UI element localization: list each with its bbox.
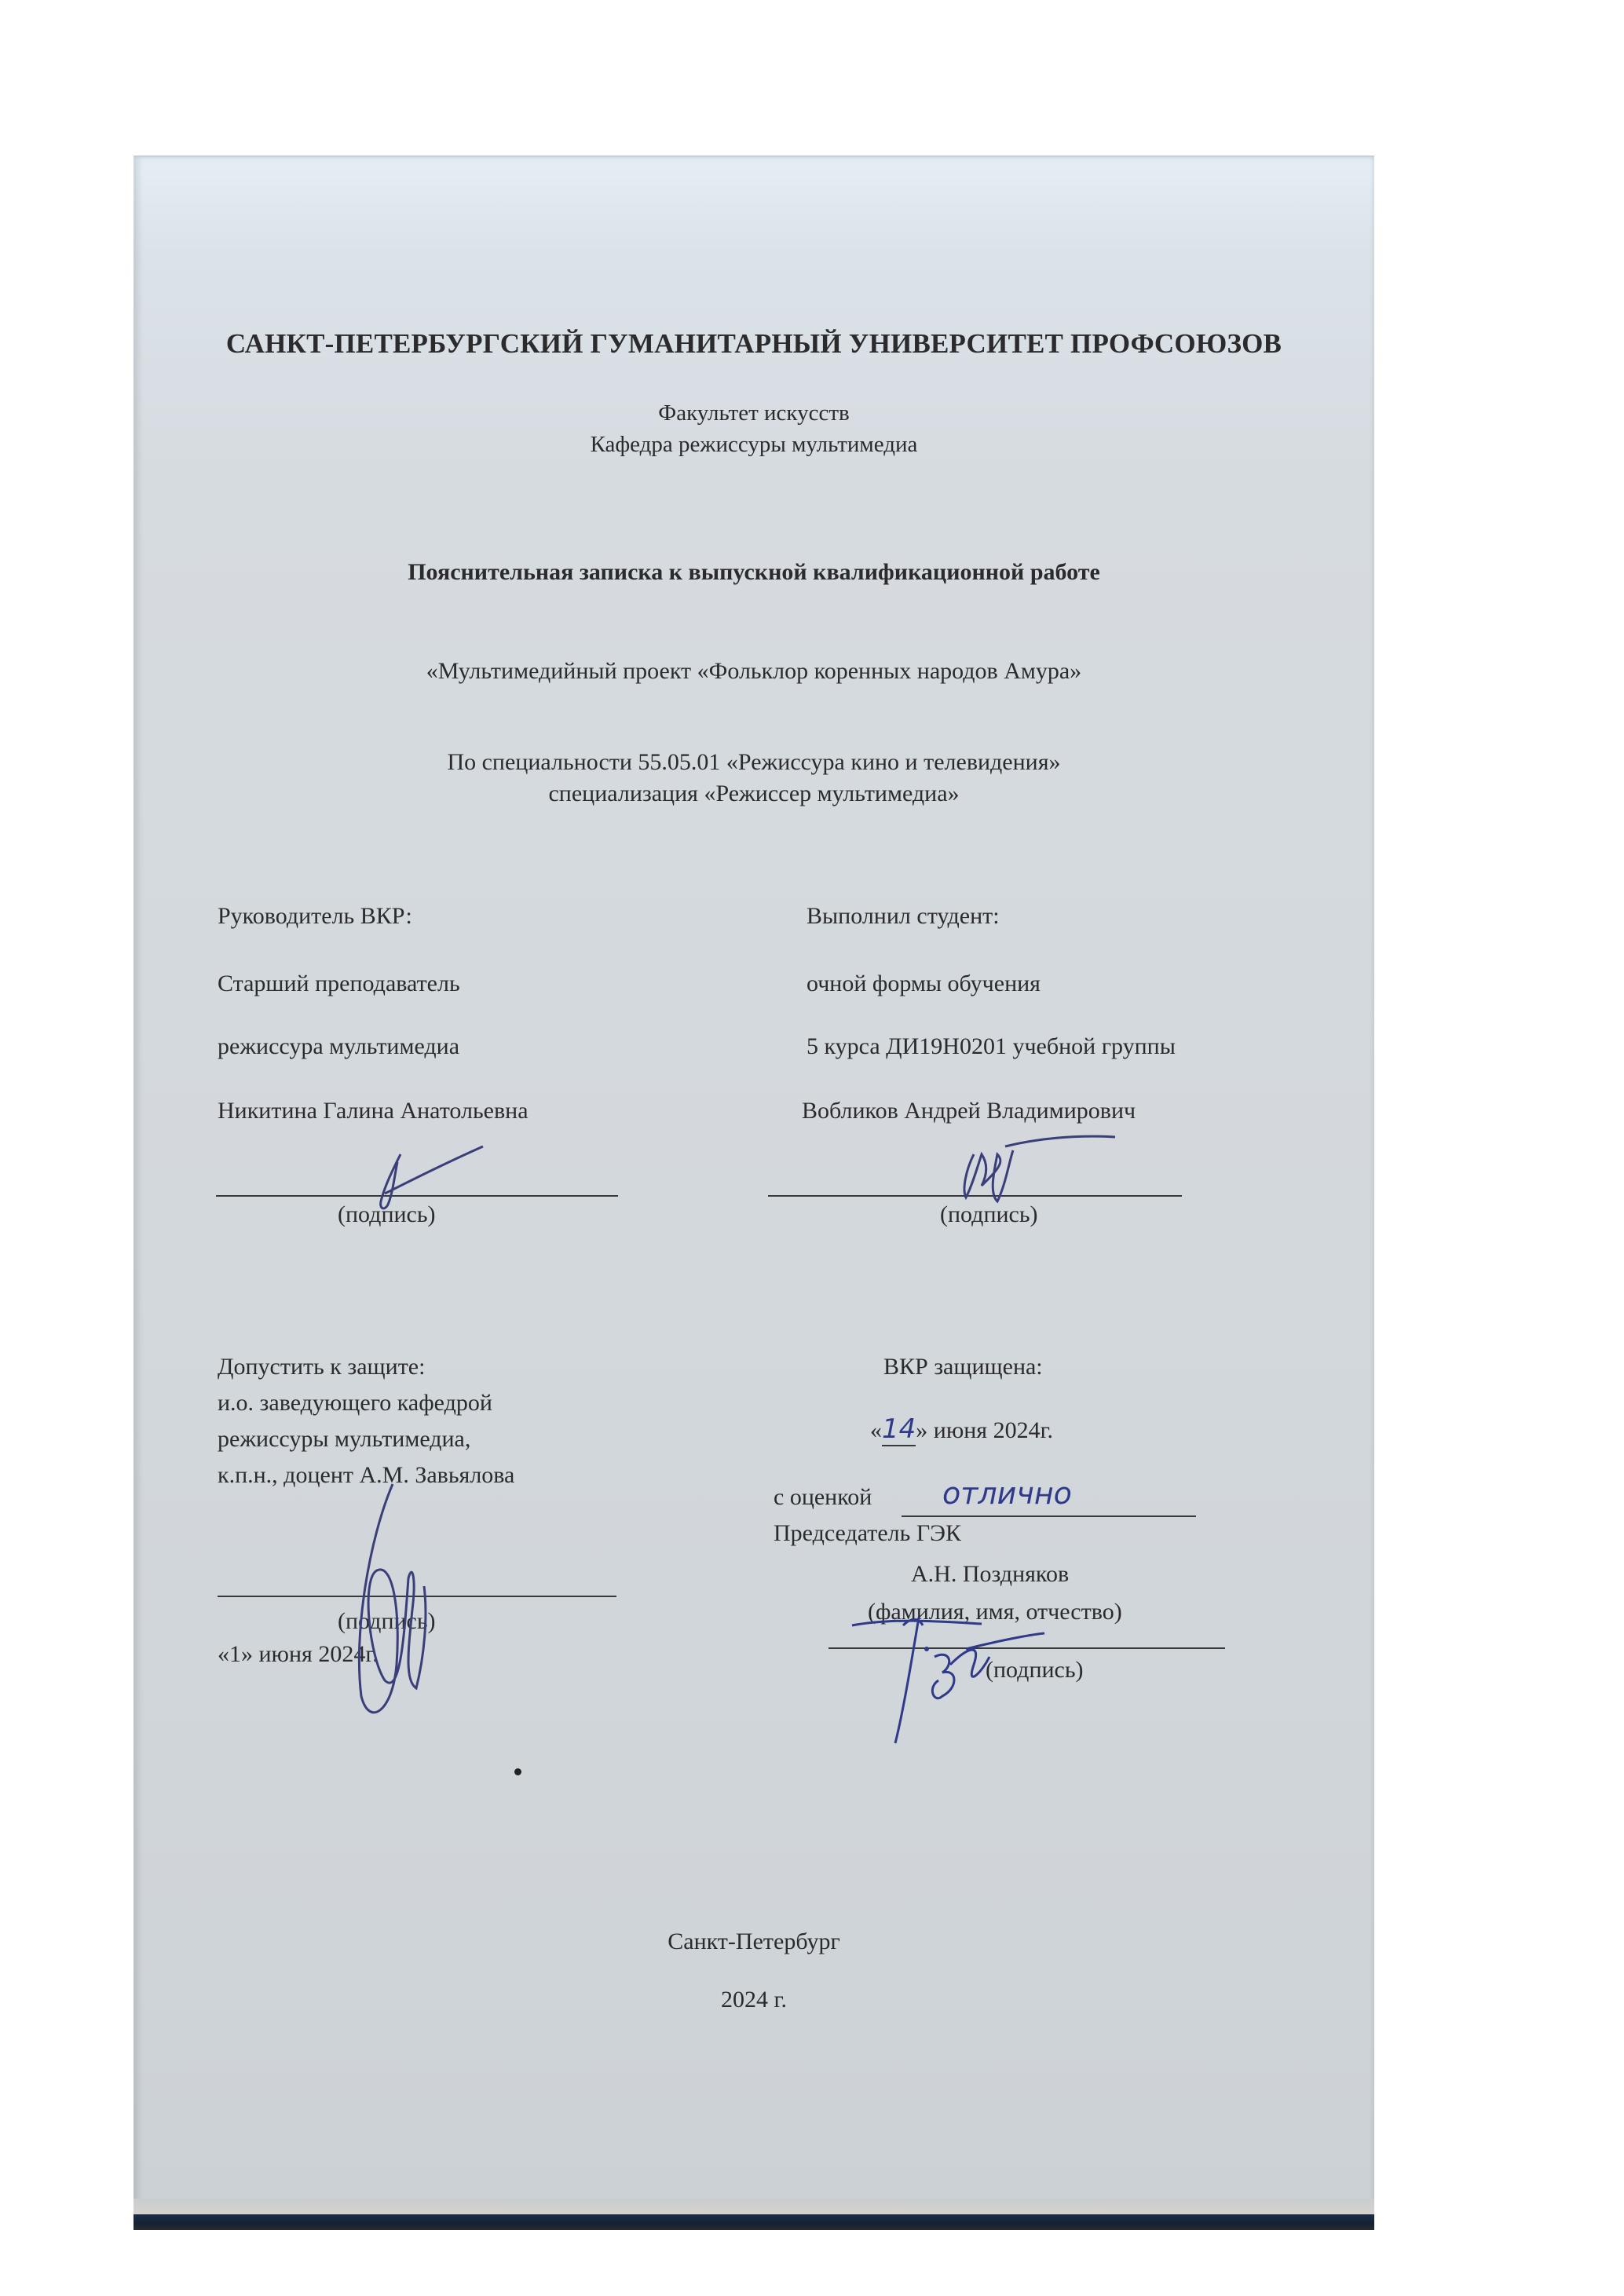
footer-year: 2024 г. — [134, 1987, 1374, 2013]
specialty-line-1: По специальности 55.05.01 «Режиссура кин… — [134, 749, 1374, 776]
defense-grade-line — [902, 1515, 1196, 1517]
supervisor-discipline: режиссура мультимедиа — [218, 1033, 459, 1060]
defense-chair-name: А.Н. Поздняков — [911, 1561, 1069, 1588]
footer-city: Санкт-Петербург — [134, 1929, 1374, 1955]
admission-line-1: и.о. заведующего кафедрой — [218, 1390, 492, 1417]
defense-chair-label: Председатель ГЭК — [774, 1520, 961, 1547]
defense-date-day: 14 — [882, 1413, 916, 1446]
student-group: 5 курса ДИ19Н0201 учебной группы — [807, 1033, 1176, 1060]
stray-dot — [514, 1768, 521, 1775]
admission-signature-icon — [330, 1476, 487, 1727]
admission-heading: Допустить к защите: — [218, 1354, 425, 1380]
department-name: Кафедра режиссуры мультимедиа — [134, 432, 1374, 458]
document-type: Пояснительная записка к выпускной квалиф… — [134, 559, 1374, 586]
student-signature-icon — [950, 1131, 1123, 1209]
binding-fold — [134, 2199, 1374, 2216]
admission-line-2: режиссуры мультимедиа, — [218, 1426, 470, 1453]
supervisor-heading: Руководитель ВКР: — [218, 903, 412, 930]
defense-chair-signature-icon — [848, 1586, 1052, 1751]
student-heading: Выполнил студент: — [807, 903, 1000, 930]
student-signature-caption: (подпись) — [940, 1201, 1038, 1228]
faculty-name: Факультет искусств — [134, 400, 1374, 426]
supervisor-signature-caption: (подпись) — [338, 1201, 436, 1228]
defense-grade-value: отлично — [942, 1476, 1072, 1511]
defense-grade-label: с оценкой — [774, 1484, 872, 1511]
student-name: Вобликов Андрей Владимирович — [802, 1098, 1136, 1124]
supervisor-position: Старший преподаватель — [218, 971, 460, 997]
student-study-form: очной формы обучения — [807, 971, 1041, 997]
university-name: САНКТ-ПЕТЕРБУРГСКИЙ ГУМАНИТАРНЫЙ УНИВЕРС… — [134, 328, 1374, 360]
defense-date-rest: » июня 2024г. — [916, 1417, 1053, 1443]
supervisor-name: Никитина Галина Анатольевна — [218, 1098, 529, 1124]
binding-strip — [134, 2214, 1374, 2230]
specialty-line-2: специализация «Режиссер мультимедиа» — [134, 781, 1374, 807]
thesis-topic: «Мультимедийный проект «Фольклор коренны… — [134, 658, 1374, 685]
defense-date: «14» июня 2024г. — [870, 1413, 1053, 1446]
defense-date-open: « — [870, 1417, 882, 1443]
defense-heading: ВКР защищена: — [883, 1354, 1043, 1380]
